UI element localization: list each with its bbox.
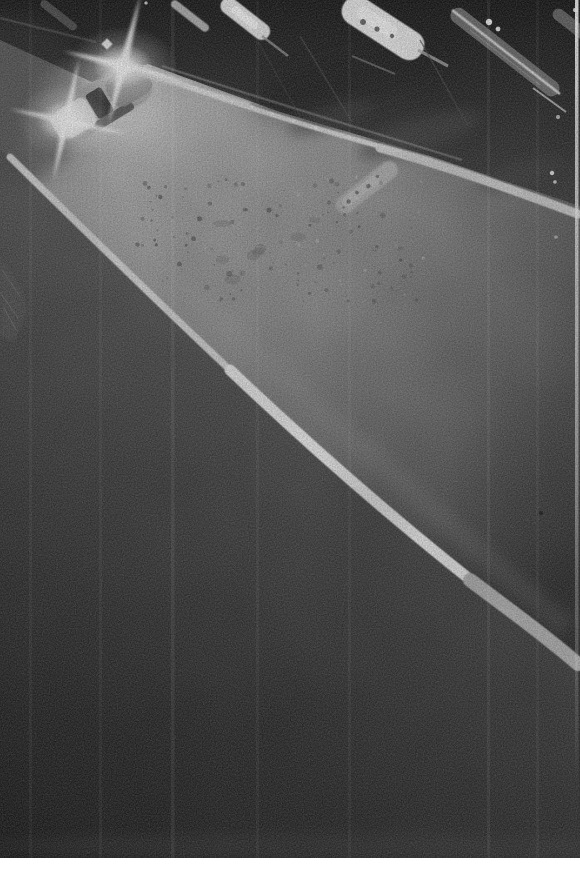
page-margin xyxy=(0,858,580,870)
photo-canvas xyxy=(0,0,580,870)
grain-light-overlay xyxy=(0,0,580,858)
night-road-photograph xyxy=(0,0,580,870)
photo-area xyxy=(0,0,580,858)
